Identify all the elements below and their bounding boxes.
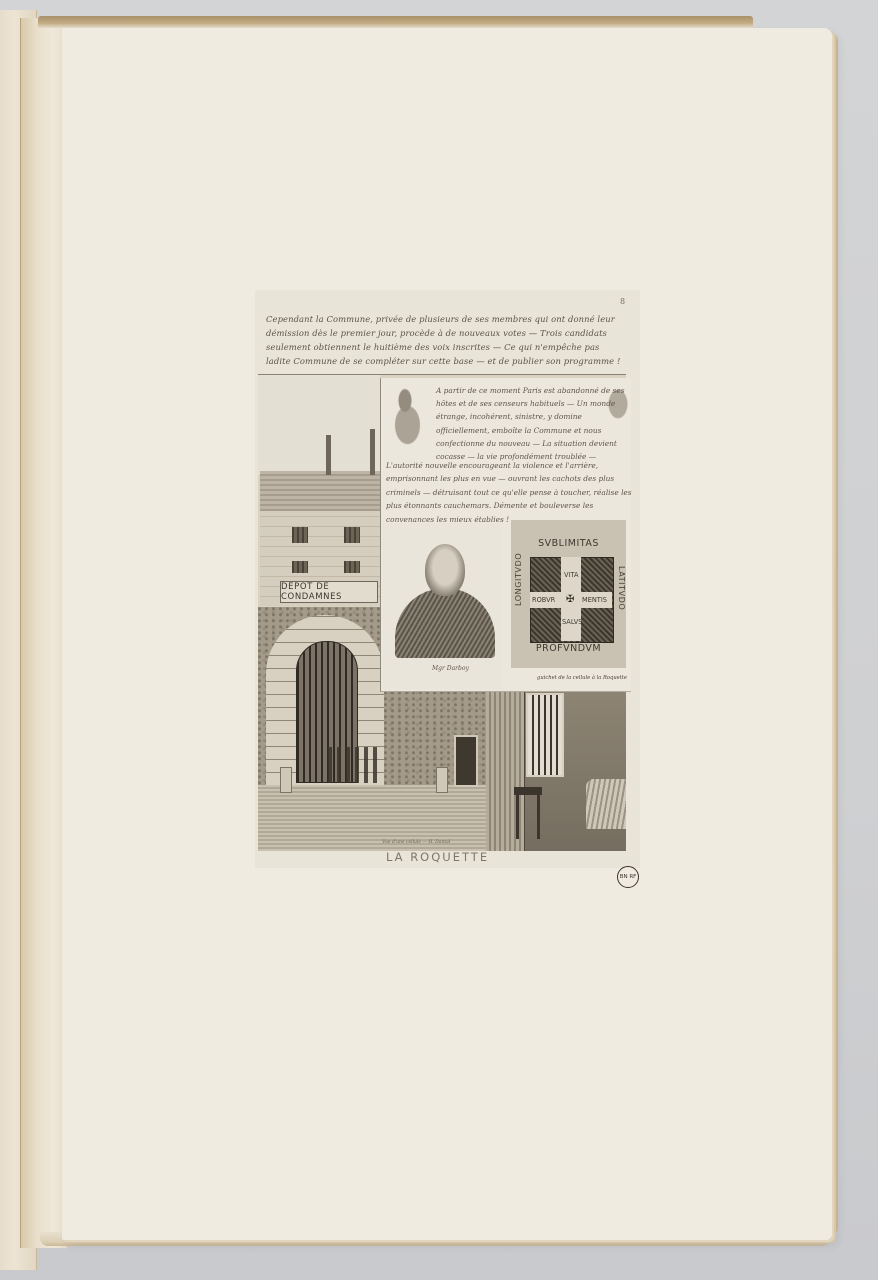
chimney xyxy=(370,429,375,475)
cell-door xyxy=(486,691,525,851)
cell-note: guichet de la cellule à la Roquette xyxy=(537,675,627,682)
plate-title: LA ROQUETTE xyxy=(386,850,489,864)
cross-word-left: LONGITVDO xyxy=(514,553,523,606)
chimney xyxy=(326,435,331,475)
book-gutter xyxy=(20,18,67,1248)
library-stamp-icon: BN RF xyxy=(617,866,639,888)
window xyxy=(344,527,360,543)
cross-word-bottom: PROFVNDVM xyxy=(511,643,626,654)
caricature-sketch xyxy=(384,382,436,454)
cell-bed xyxy=(586,779,626,829)
table-leg xyxy=(537,795,540,839)
guards-figures xyxy=(328,747,380,783)
bollard xyxy=(436,767,448,793)
cross-word-mentis: MENTIS xyxy=(582,596,607,604)
portrait-head xyxy=(425,544,465,596)
bollard xyxy=(280,767,292,793)
cobbled-ground xyxy=(258,785,488,851)
cross-word-robur: ROBVR xyxy=(532,596,555,604)
sheet-text-paragraph-1: A partir de ce moment Paris est abandonn… xyxy=(436,384,632,463)
window xyxy=(292,527,308,543)
roof xyxy=(260,471,380,511)
cross-ornament-icon: ✠ xyxy=(566,594,574,605)
small-door xyxy=(454,735,478,787)
portrait-signature: Mgr Darboy xyxy=(432,665,469,672)
barred-window xyxy=(526,693,564,777)
cross-word-salus: SALVS xyxy=(562,618,582,626)
page-top-edge xyxy=(38,16,753,28)
cross-word-top: SVBLIMITAS xyxy=(511,538,626,549)
cross-word-vita: VITA xyxy=(564,571,578,579)
window xyxy=(292,561,308,573)
sky xyxy=(258,375,380,475)
cross-word-right: LATITVDO xyxy=(617,566,626,610)
building-sign: DEPOT DE CONDAMNES xyxy=(280,581,378,603)
artist-signature: Vue d'une cellule — H. Dantal xyxy=(382,840,450,845)
table-leg xyxy=(516,795,519,839)
window xyxy=(344,561,360,573)
plate-caption-top: Cependant la Commune, privée de plusieur… xyxy=(266,312,626,368)
cell-table xyxy=(514,787,542,795)
sheet-text-paragraph-2: L'autorité nouvelle encourageant la viol… xyxy=(386,459,632,526)
plate-number: 8 xyxy=(620,297,625,306)
